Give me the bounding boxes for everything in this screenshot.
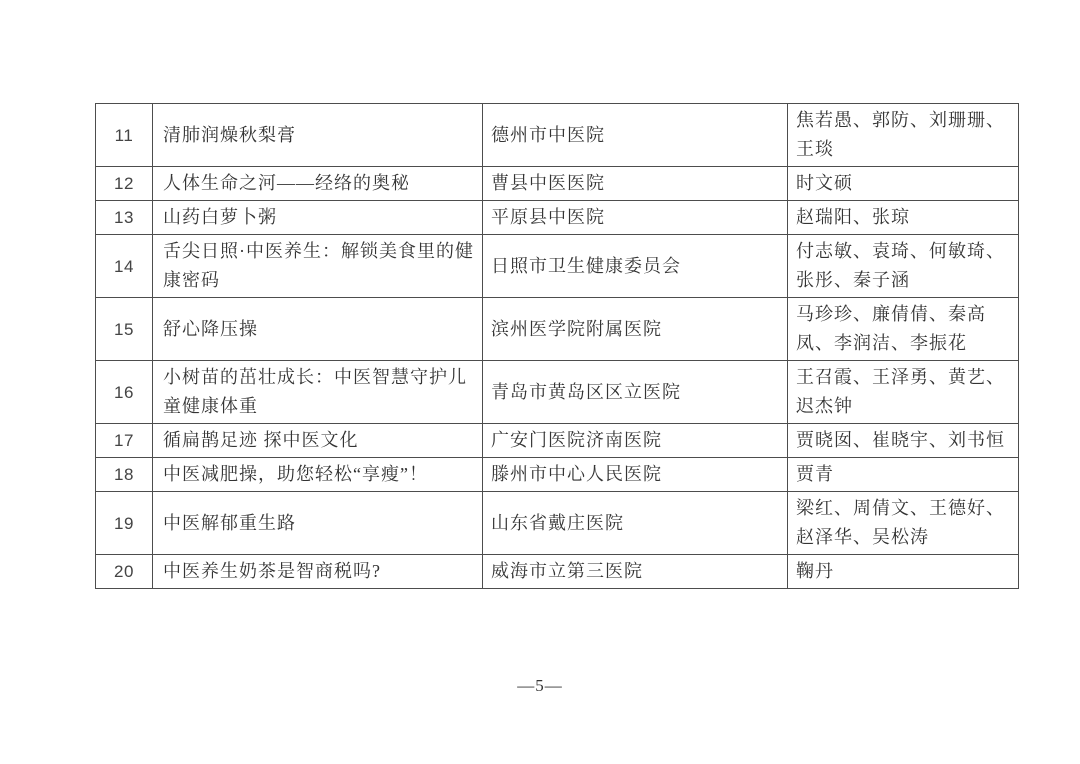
document-page: 11清肺润燥秋梨膏德州市中医院焦若愚、郭防、刘珊珊、王琰12人体生命之河——经络… xyxy=(0,0,1080,764)
organization-cell: 青岛市黄岛区区立医院 xyxy=(483,361,788,424)
organization-cell: 日照市卫生健康委员会 xyxy=(483,235,788,298)
table-row: 19中医解郁重生路山东省戴庄医院梁红、周倩文、王德好、赵泽华、吴松涛 xyxy=(96,492,1019,555)
table-row: 15舒心降压操滨州医学院附属医院马珍珍、廉倩倩、秦高凤、李润洁、李振花 xyxy=(96,298,1019,361)
row-number-cell: 15 xyxy=(96,298,153,361)
table-row: 16小树苗的茁壮成长：中医智慧守护儿童健康体重青岛市黄岛区区立医院王召霞、王泽勇… xyxy=(96,361,1019,424)
page-footer: —5— xyxy=(0,676,1080,696)
work-title-cell: 循扁鹊足迹 探中医文化 xyxy=(153,424,483,458)
authors-cell: 王召霞、王泽勇、黄艺、迟杰钟 xyxy=(788,361,1019,424)
table-row: 17循扁鹊足迹 探中医文化广安门医院济南医院贾晓囡、崔晓宇、刘书恒 xyxy=(96,424,1019,458)
table-row: 11清肺润燥秋梨膏德州市中医院焦若愚、郭防、刘珊珊、王琰 xyxy=(96,104,1019,167)
authors-cell: 付志敏、袁琦、何敏琦、张彤、秦子涵 xyxy=(788,235,1019,298)
row-number-cell: 13 xyxy=(96,201,153,235)
authors-cell: 梁红、周倩文、王德好、赵泽华、吴松涛 xyxy=(788,492,1019,555)
work-title-cell: 清肺润燥秋梨膏 xyxy=(153,104,483,167)
row-number-cell: 16 xyxy=(96,361,153,424)
row-number-cell: 18 xyxy=(96,458,153,492)
organization-cell: 山东省戴庄医院 xyxy=(483,492,788,555)
row-number-cell: 19 xyxy=(96,492,153,555)
table-row: 20中医养生奶茶是智商税吗?威海市立第三医院鞠丹 xyxy=(96,555,1019,589)
row-number-cell: 11 xyxy=(96,104,153,167)
row-number-cell: 12 xyxy=(96,167,153,201)
table-row: 18中医减肥操，助您轻松“享瘦”！滕州市中心人民医院贾青 xyxy=(96,458,1019,492)
work-title-cell: 舒心降压操 xyxy=(153,298,483,361)
organization-cell: 滕州市中心人民医院 xyxy=(483,458,788,492)
organization-cell: 曹县中医医院 xyxy=(483,167,788,201)
page-number: —5— xyxy=(517,676,563,695)
work-title-cell: 舌尖日照·中医养生：解锁美食里的健康密码 xyxy=(153,235,483,298)
award-table: 11清肺润燥秋梨膏德州市中医院焦若愚、郭防、刘珊珊、王琰12人体生命之河——经络… xyxy=(95,103,1019,589)
authors-cell: 时文硕 xyxy=(788,167,1019,201)
authors-cell: 赵瑞阳、张琼 xyxy=(788,201,1019,235)
organization-cell: 广安门医院济南医院 xyxy=(483,424,788,458)
row-number-cell: 17 xyxy=(96,424,153,458)
row-number-cell: 20 xyxy=(96,555,153,589)
row-number-cell: 14 xyxy=(96,235,153,298)
organization-cell: 平原县中医院 xyxy=(483,201,788,235)
authors-cell: 贾晓囡、崔晓宇、刘书恒 xyxy=(788,424,1019,458)
authors-cell: 马珍珍、廉倩倩、秦高凤、李润洁、李振花 xyxy=(788,298,1019,361)
work-title-cell: 中医解郁重生路 xyxy=(153,492,483,555)
organization-cell: 德州市中医院 xyxy=(483,104,788,167)
work-title-cell: 山药白萝卜粥 xyxy=(153,201,483,235)
authors-cell: 贾青 xyxy=(788,458,1019,492)
work-title-cell: 小树苗的茁壮成长：中医智慧守护儿童健康体重 xyxy=(153,361,483,424)
work-title-cell: 中医减肥操，助您轻松“享瘦”！ xyxy=(153,458,483,492)
work-title-cell: 中医养生奶茶是智商税吗? xyxy=(153,555,483,589)
organization-cell: 滨州医学院附属医院 xyxy=(483,298,788,361)
authors-cell: 鞠丹 xyxy=(788,555,1019,589)
work-title-cell: 人体生命之河——经络的奥秘 xyxy=(153,167,483,201)
organization-cell: 威海市立第三医院 xyxy=(483,555,788,589)
table-row: 14舌尖日照·中医养生：解锁美食里的健康密码日照市卫生健康委员会付志敏、袁琦、何… xyxy=(96,235,1019,298)
authors-cell: 焦若愚、郭防、刘珊珊、王琰 xyxy=(788,104,1019,167)
table-row: 12人体生命之河——经络的奥秘曹县中医医院时文硕 xyxy=(96,167,1019,201)
table-row: 13山药白萝卜粥平原县中医院赵瑞阳、张琼 xyxy=(96,201,1019,235)
table-body: 11清肺润燥秋梨膏德州市中医院焦若愚、郭防、刘珊珊、王琰12人体生命之河——经络… xyxy=(96,104,1019,589)
